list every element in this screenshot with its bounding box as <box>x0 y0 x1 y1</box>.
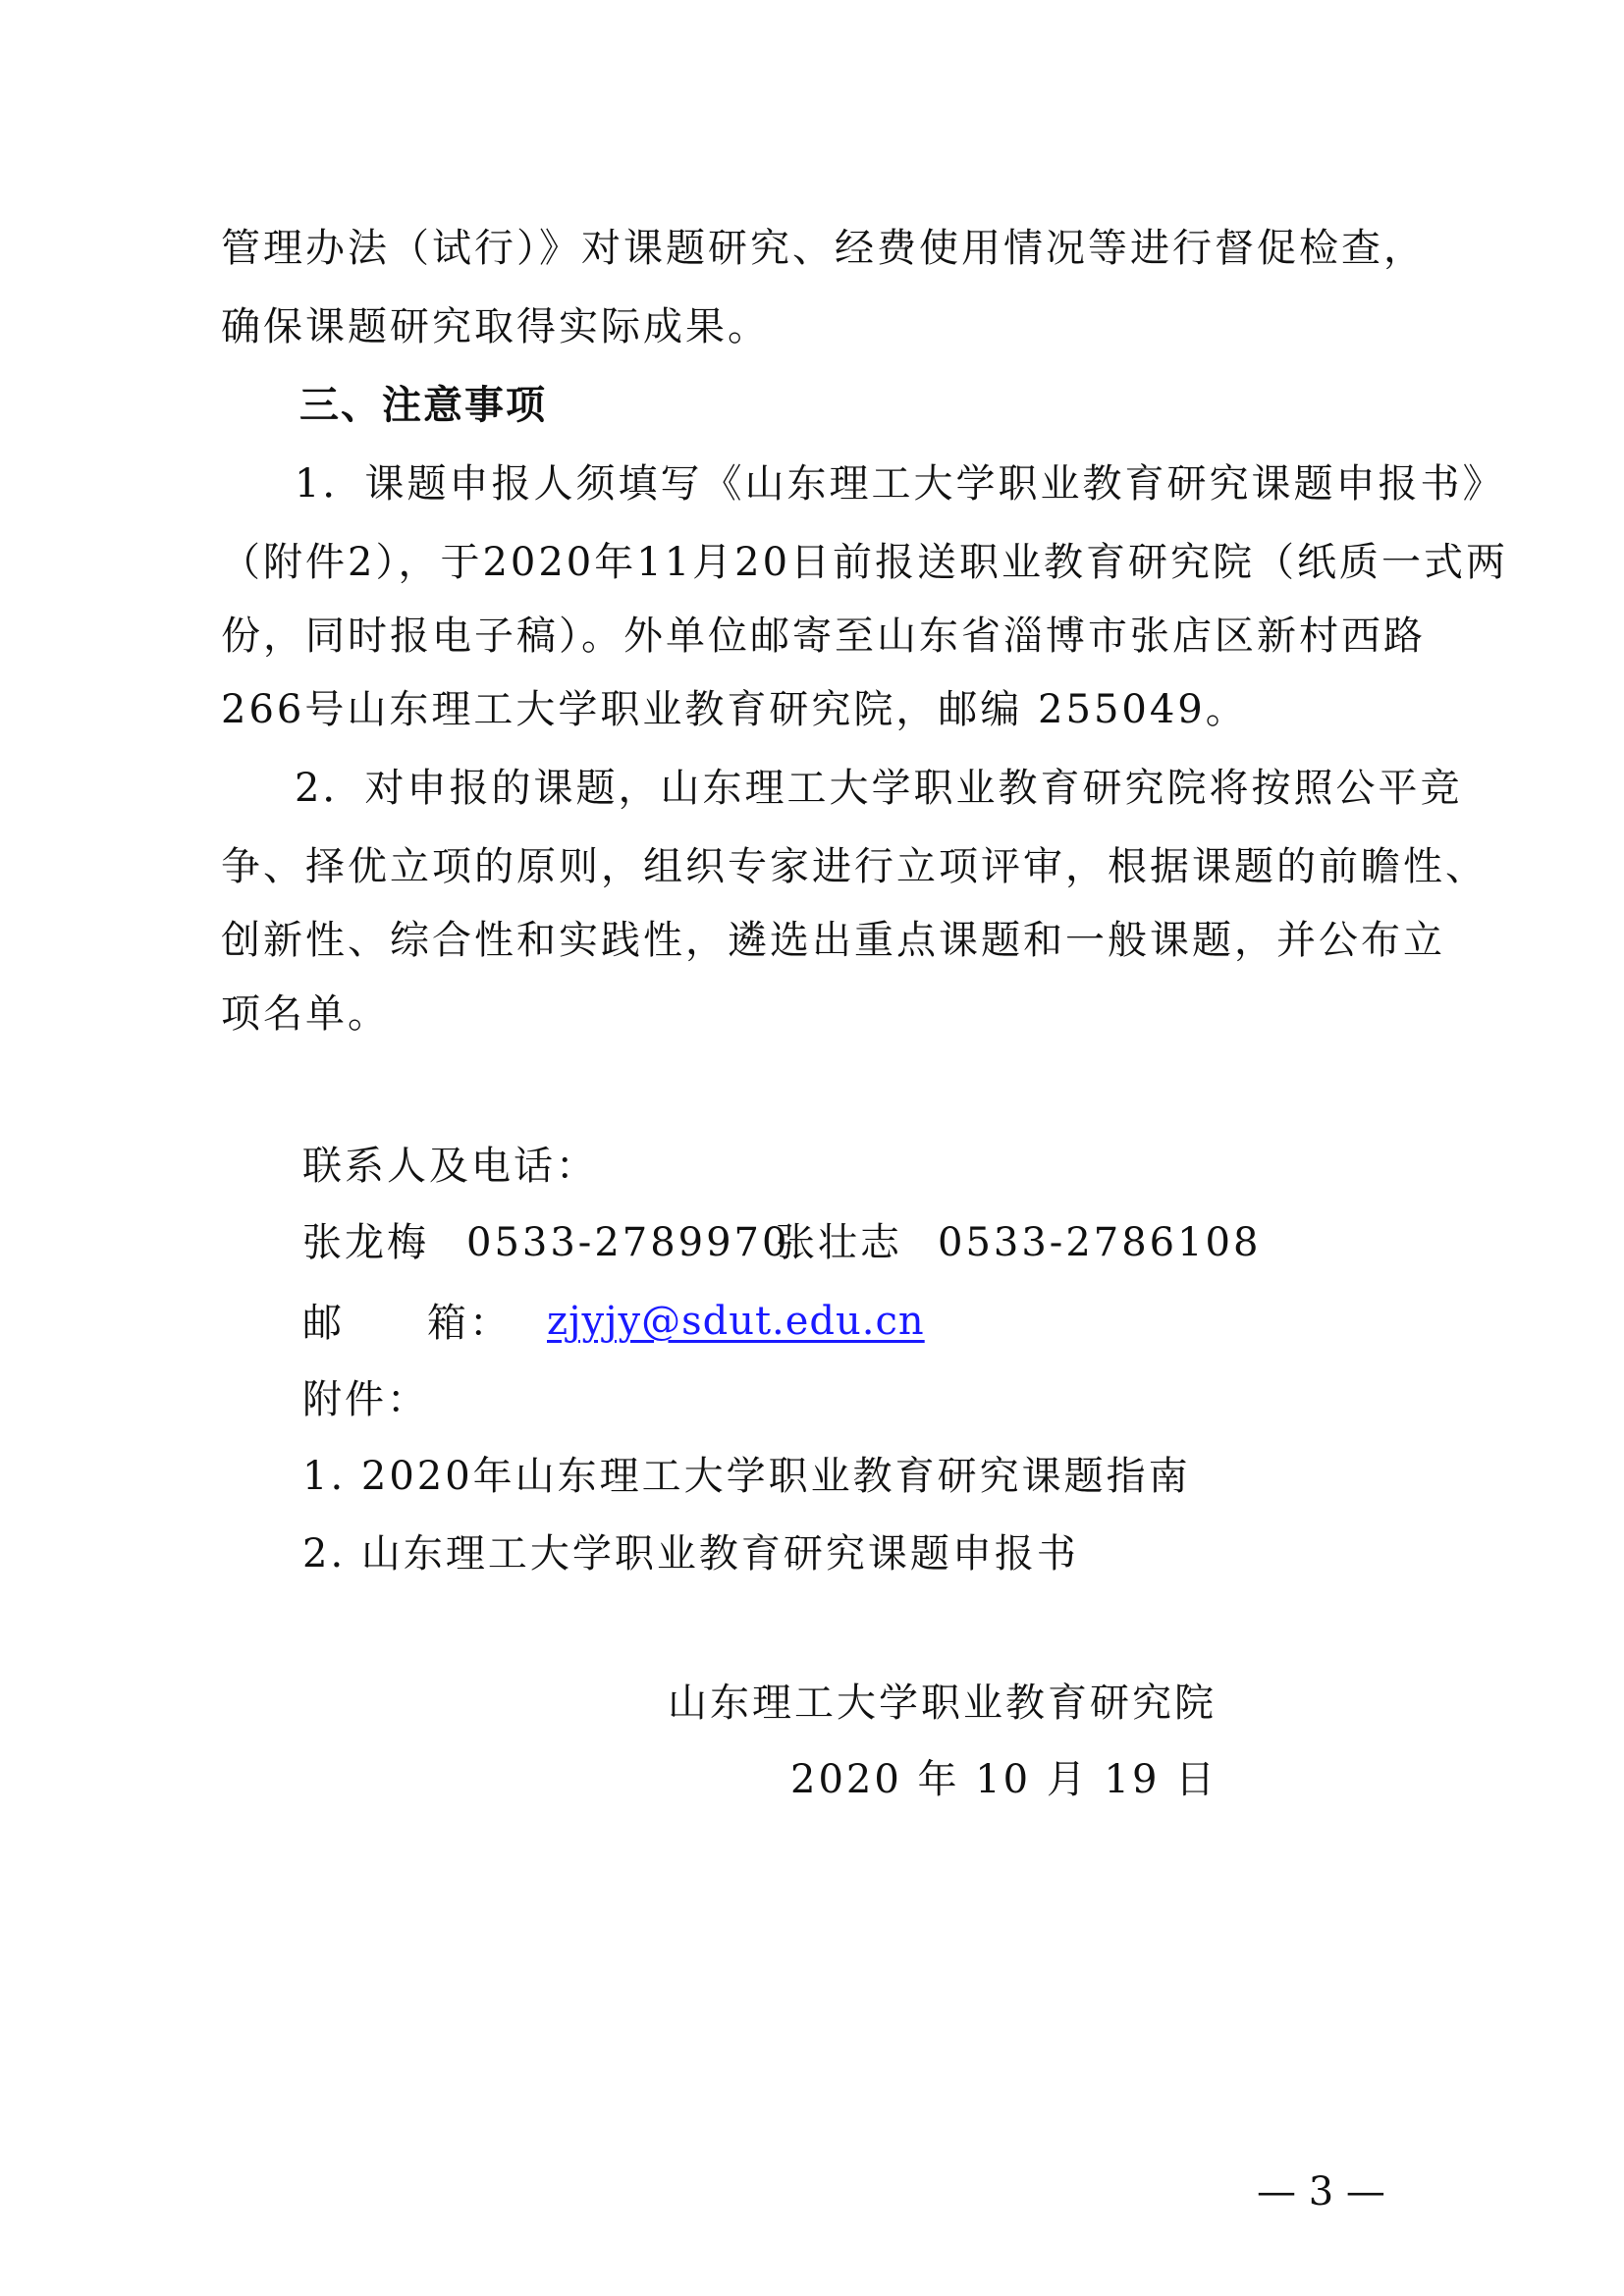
body-line: 项名单。 <box>221 987 390 1041</box>
email-link[interactable]: zjyjy@sdut.edu.cn <box>547 1294 925 1349</box>
page-number: — 3 — <box>1257 2164 1385 2219</box>
email-label: 箱： <box>427 1296 512 1351</box>
body-line: 266号山东理工大学职业教育研究院，邮编 255049。 <box>221 682 1248 737</box>
body-line: （附件2），于2020年11月20日前报送职业教育研究院（纸质一式两 <box>221 535 1508 590</box>
signature-org: 山东理工大学职业教育研究院 <box>668 1676 1217 1731</box>
body-line: 争、择优立项的原则，组织专家进行立项评审，根据课题的前瞻性、 <box>221 839 1488 894</box>
contact-phone: 0533-2786108 <box>938 1215 1261 1270</box>
body-line: 2．对申报的课题，山东理工大学职业教育研究院将按照公平竞 <box>295 761 1462 816</box>
contact-name: 张壮志 <box>776 1215 902 1270</box>
contact-name: 张龙梅 <box>302 1215 429 1270</box>
body-line: 管理办法（试行）》对课题研究、经费使用情况等进行督促检查， <box>221 221 1426 276</box>
attachment-item: 1. 2020年山东理工大学职业教育研究课题指南 <box>302 1449 1191 1504</box>
body-line: 份，同时报电子稿）。外单位邮寄至山东省淄博市张店区新村西路 <box>221 609 1426 664</box>
section-heading: 三、注意事项 <box>299 378 547 433</box>
signature-date: 2020 年 10 月 19 日 <box>790 1752 1218 1807</box>
body-line: 1．课题申报人须填写《山东理工大学职业教育研究课题申报书》 <box>295 456 1504 511</box>
contact-phone: 0533-2789970 <box>466 1215 789 1270</box>
attachments-label: 附件： <box>302 1372 429 1427</box>
body-line: 创新性、综合性和实践性，遴选出重点课题和一般课题，并公布立 <box>221 913 1445 968</box>
body-line: 确保课题研究取得实际成果。 <box>221 299 770 354</box>
email-label: 邮 <box>302 1296 345 1351</box>
attachment-item: 2. 山东理工大学职业教育研究课题申报书 <box>302 1526 1079 1581</box>
contacts-label: 联系人及电话： <box>302 1139 598 1194</box>
